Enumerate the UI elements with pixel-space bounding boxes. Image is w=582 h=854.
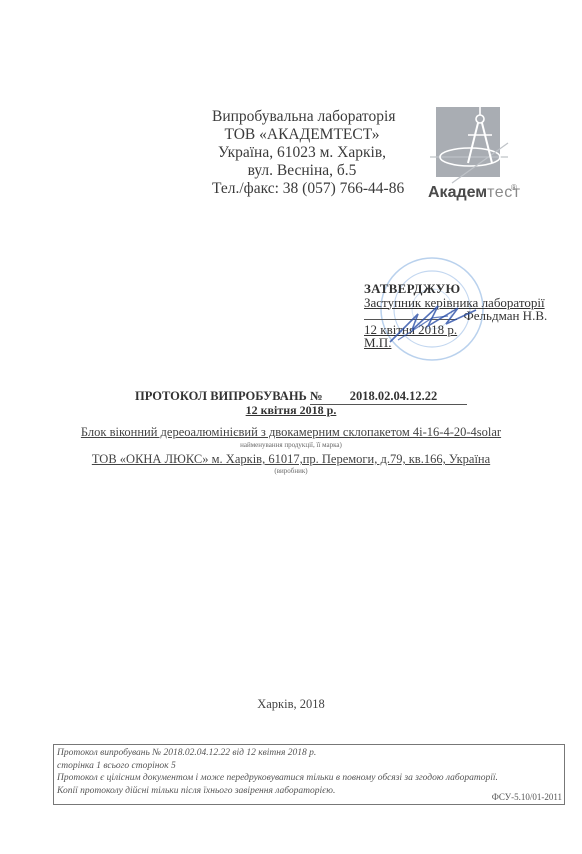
product-name: Блок віконний дереоалюмінієвий з двокаме…: [0, 425, 582, 440]
lab-address-city: Україна, 61023 м. Харків,: [212, 144, 392, 162]
product-name-caption: найменування продукції, її марка): [0, 441, 582, 449]
protocol-title: ПРОТОКОЛ ВИПРОБУВАНЬ №: [135, 389, 323, 404]
registered-mark-icon: ®: [511, 183, 517, 192]
signature-icon: [388, 300, 478, 345]
form-code: ФСУ-5.10/01-2011: [492, 791, 562, 804]
footer-copy-note: Копії протоколу дійсні тільки після їхнь…: [57, 785, 561, 798]
footer-page-count: сторінка 1 всього сторінок 5: [57, 760, 561, 773]
footer-box: Протокол випробувань № 2018.02.04.12.22 …: [53, 744, 565, 805]
protocol-date: 12 квітня 2018 р.: [0, 403, 582, 418]
manufacturer-text: ТОВ «ОКНА ЛЮКС» м. Харків, 61017,пр. Пер…: [92, 452, 490, 466]
product-name-text: Блок віконний дереоалюмінієвий з двокаме…: [81, 425, 501, 439]
footer-integrity-note: Протокол є цілісним документом і може пе…: [57, 772, 561, 785]
manufacturer-caption: (виробник): [0, 467, 582, 475]
lab-address-street: вул. Весніна, б.5: [212, 162, 392, 180]
logo-brand-bold: Академ: [428, 184, 487, 201]
lab-phone: Тел./факс: 38 (057) 766-44-86: [212, 180, 392, 198]
lab-name: Випробувальна лабораторія: [212, 108, 392, 126]
manufacturer: ТОВ «ОКНА ЛЮКС» м. Харків, 61017,пр. Пер…: [0, 452, 582, 467]
protocol-date-text: 12 квітня 2018 р.: [246, 403, 337, 417]
approval-title: ЗАТВЕРДЖУЮ: [364, 282, 547, 296]
lab-company: ТОВ «АКАДЕМТЕСТ»: [212, 126, 392, 144]
footer-protocol-ref: Протокол випробувань № 2018.02.04.12.22 …: [57, 747, 561, 760]
compass-logo-icon: [430, 105, 510, 185]
logo-brand-text: Академтест: [428, 184, 521, 202]
lab-header: Випробувальна лабораторія ТОВ «АКАДЕМТЕС…: [212, 108, 392, 198]
place-year: Харків, 2018: [0, 697, 582, 712]
